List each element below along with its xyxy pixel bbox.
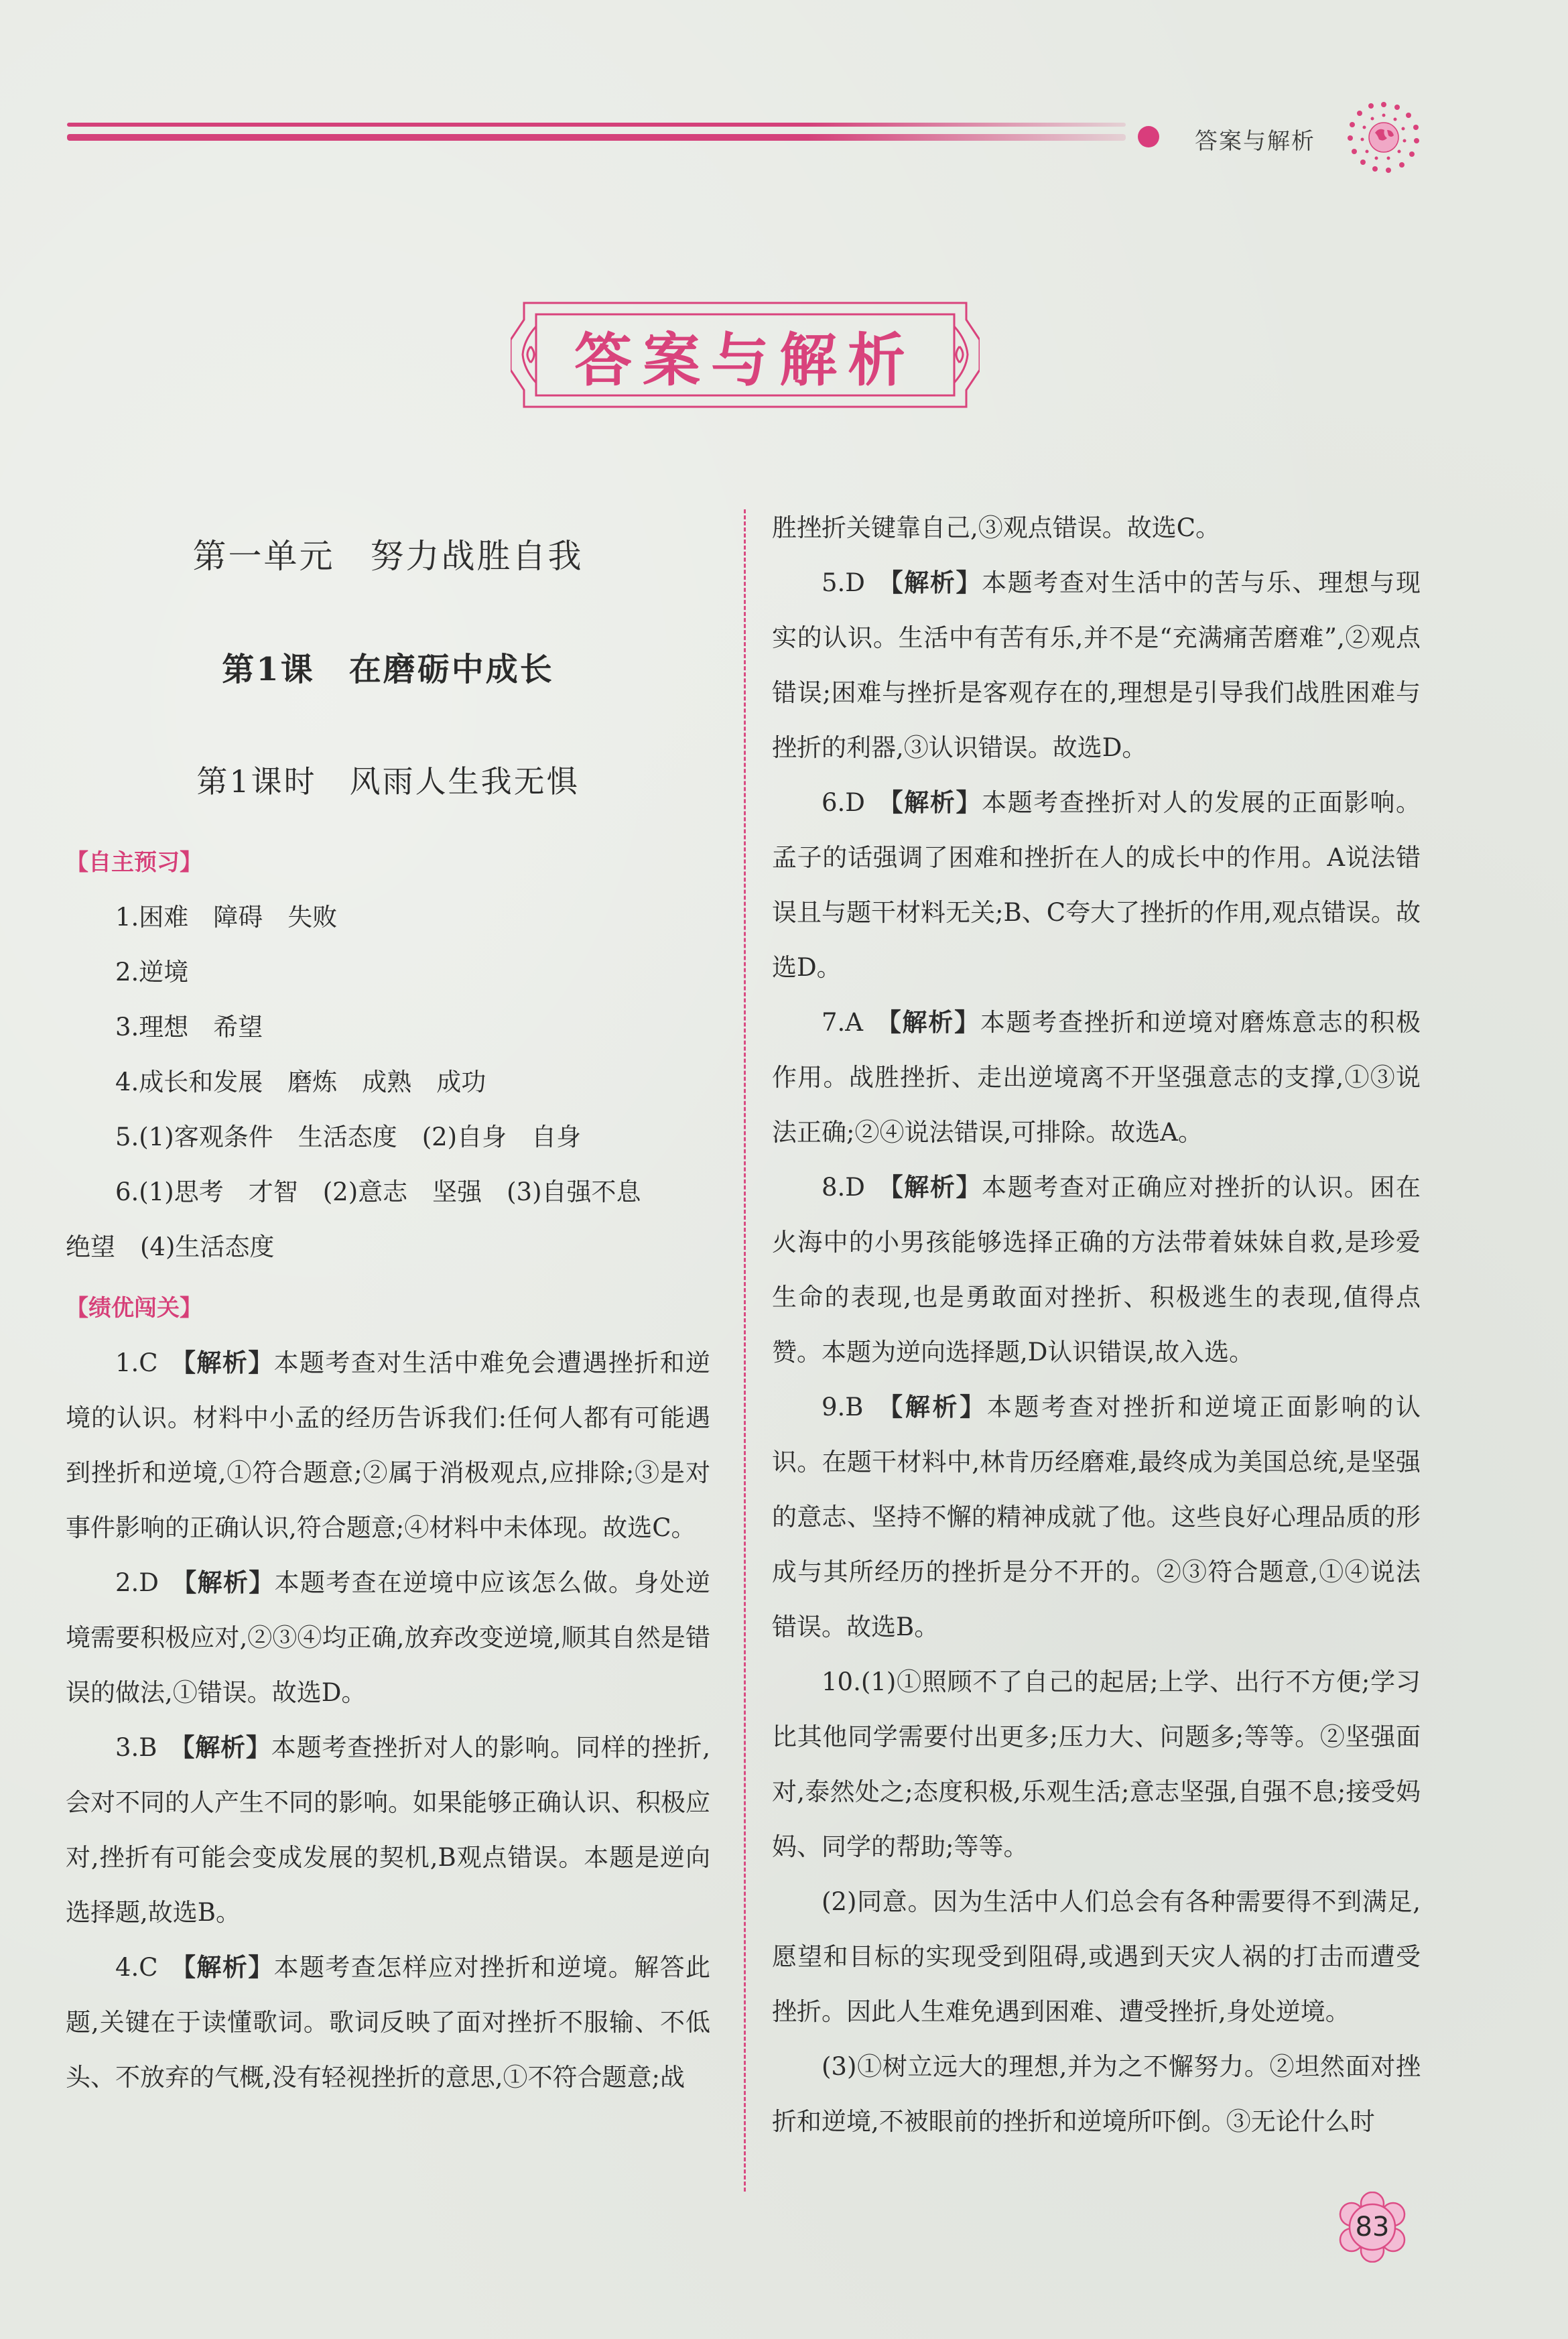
period-heading: 第1课时 风雨人生我无惧 bbox=[66, 757, 710, 802]
lesson-heading: 第1课 在磨砺中成长 bbox=[66, 643, 710, 690]
preview-item: 4.成长和发展 磨炼 成熟 成功 bbox=[66, 1055, 710, 1110]
answer-number: 8.D bbox=[822, 1173, 865, 1202]
answer-number: 4.C bbox=[115, 1953, 158, 1982]
analysis-label: 【解析】 bbox=[170, 1348, 274, 1377]
analysis-label: 【解析】 bbox=[875, 1008, 980, 1037]
answer-text: 本题考查挫折和逆境对磨炼意志的积极作用。战胜挫折、走出逆境离不开坚强意志的支撑,… bbox=[772, 1008, 1421, 1147]
answer-item: 7.A【解析】本题考查挫折和逆境对磨炼意志的积极作用。战胜挫折、走出逆境离不开坚… bbox=[772, 995, 1421, 1160]
answer-number: 7.A bbox=[822, 1008, 863, 1037]
challenge-section-right: 胜挫折关键靠自己,③观点错误。故选C。 5.D【解析】本题考查对生活中的苦与乐、… bbox=[772, 501, 1421, 2149]
running-header-title: 答案与解析 bbox=[1195, 123, 1315, 155]
answer-text: 本题考查挫折对人的影响。同样的挫折,会对不同的人产生不同的影响。如果能够正确认识… bbox=[66, 1733, 710, 1927]
analysis-label: 【解析】 bbox=[170, 1733, 271, 1762]
answer-item: 8.D【解析】本题考查对正确应对挫折的认识。困在火海中的小男孩能够选择正确的方法… bbox=[772, 1160, 1421, 1380]
answer-number: 2.D bbox=[115, 1568, 159, 1597]
preview-item: 2.逆境 bbox=[66, 945, 710, 1000]
answer-text: 本题考查对生活中的苦与乐、理想与现实的认识。生活中有苦有乐,并不是“充满痛苦磨难… bbox=[772, 568, 1421, 762]
answer-number: 6.D bbox=[822, 788, 865, 817]
answer-number: 9.B bbox=[822, 1393, 864, 1421]
preview-item: 6.(1)思考 才智 (2)意志 坚强 (3)自强不息 bbox=[66, 1165, 710, 1220]
answer-text: 本题考查在逆境中应该怎么做。身处逆境需要积极应对,②③④均正确,放弃改变逆境,顺… bbox=[66, 1568, 710, 1707]
globe-icon bbox=[1347, 101, 1421, 174]
analysis-label: 【解析】 bbox=[877, 788, 982, 817]
answer-item: 1.C【解析】本题考查对生活中难免会遭遇挫折和逆境的认识。材料中小孟的经历告诉我… bbox=[66, 1336, 710, 1556]
preview-item: 3.理想 希望 bbox=[66, 1000, 710, 1055]
answer-text: 本题考查对生活中难免会遭遇挫折和逆境的认识。材料中小孟的经历告诉我们:任何人都有… bbox=[66, 1348, 710, 1542]
page-number: 83 bbox=[1337, 2192, 1408, 2263]
q10-part-2: (2)同意。因为生活中人们总会有各种需要得不到满足,愿望和目标的实现受到阻碍,或… bbox=[772, 1875, 1421, 2039]
q10-part-1: 10.(1)①照顾不了自己的起居;上学、出行不方便;学习比其他同学需要付出更多;… bbox=[772, 1655, 1421, 1875]
answer-item: 2.D【解析】本题考查在逆境中应该怎么做。身处逆境需要积极应对,②③④均正确,放… bbox=[66, 1556, 710, 1720]
answer-text: 本题考查怎样应对挫折和逆境。解答此题,关键在于读懂歌词。歌词反映了面对挫折不服输… bbox=[66, 1953, 710, 2092]
header-rule-thick bbox=[67, 134, 1126, 141]
preview-section: 【自主预习】 1.困难 障碍 失败 2.逆境 3.理想 希望 4.成长和发展 磨… bbox=[66, 834, 710, 1275]
unit-heading: 第一单元 努力战胜自我 bbox=[66, 529, 710, 578]
answer-item: 6.D【解析】本题考查挫折对人的发展的正面影响。孟子的话强调了困难和挫折在人的成… bbox=[772, 775, 1421, 995]
section-tag-challenge: 【绩优闯关】 bbox=[66, 1295, 202, 1322]
column-divider bbox=[744, 509, 746, 2192]
title-banner: 答案与解析 bbox=[511, 300, 980, 410]
q10-part-3: (3)①树立远大的理想,并为之不懈努力。②坦然面对挫折和逆境,不被眼前的挫折和逆… bbox=[772, 2039, 1421, 2149]
analysis-label: 【解析】 bbox=[877, 568, 982, 597]
answer-item: 4.C【解析】本题考查怎样应对挫折和逆境。解答此题,关键在于读懂歌词。歌词反映了… bbox=[66, 1940, 710, 2105]
answer-continuation: 胜挫折关键靠自己,③观点错误。故选C。 bbox=[772, 501, 1421, 556]
page-title: 答案与解析 bbox=[511, 300, 980, 410]
header-rule-thin bbox=[67, 123, 1126, 127]
answer-item: 5.D【解析】本题考查对生活中的苦与乐、理想与现实的认识。生活中有苦有乐,并不是… bbox=[772, 556, 1421, 775]
preview-item: 5.(1)客观条件 生活态度 (2)自身 自身 bbox=[66, 1110, 710, 1165]
answer-number: 5.D bbox=[822, 568, 865, 597]
answer-text: 本题考查对挫折和逆境正面影响的认识。在题干材料中,林肯历经磨难,最终成为美国总统… bbox=[772, 1393, 1421, 1641]
preview-item: 1.困难 障碍 失败 bbox=[66, 890, 710, 945]
answer-number: 1.C bbox=[115, 1348, 158, 1377]
header-bullet-dot bbox=[1138, 126, 1159, 147]
answer-item: 3.B【解析】本题考查挫折对人的影响。同样的挫折,会对不同的人产生不同的影响。如… bbox=[66, 1720, 710, 1940]
preview-item-continuation: 绝望 (4)生活态度 bbox=[66, 1220, 710, 1275]
answer-item: 9.B【解析】本题考查对挫折和逆境正面影响的认识。在题干材料中,林肯历经磨难,最… bbox=[772, 1380, 1421, 1655]
answer-text: 本题考查挫折对人的发展的正面影响。孟子的话强调了困难和挫折在人的成长中的作用。A… bbox=[772, 788, 1421, 982]
analysis-label: 【解析】 bbox=[877, 1173, 982, 1202]
analysis-label: 【解析】 bbox=[170, 1953, 274, 1982]
answer-number: 3.B bbox=[115, 1733, 157, 1762]
challenge-section-left: 【绩优闯关】 1.C【解析】本题考查对生活中难免会遭遇挫折和逆境的认识。材料中小… bbox=[66, 1280, 710, 2105]
analysis-label: 【解析】 bbox=[171, 1568, 275, 1597]
section-tag-preview: 【自主预习】 bbox=[66, 849, 202, 876]
analysis-label: 【解析】 bbox=[876, 1393, 987, 1421]
answer-text: 本题考查对正确应对挫折的认识。困在火海中的小男孩能够选择正确的方法带着妹妹自救,… bbox=[772, 1173, 1421, 1367]
